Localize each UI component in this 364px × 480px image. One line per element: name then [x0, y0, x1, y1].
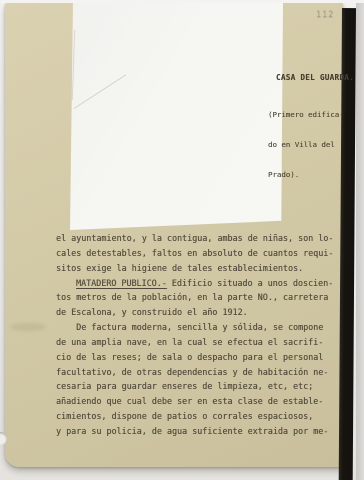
margin-note-line: Prado).: [268, 170, 344, 180]
text-line: el ayuntamiento, y la contigua, ambas de…: [56, 231, 348, 246]
text-line: de una amplia nave, en la cual se efectu…: [56, 335, 348, 350]
margin-note-body: (Primero edifica- do en Villa del Prado)…: [268, 90, 344, 200]
text-line: sitos exige la higiene de tales establec…: [56, 261, 348, 276]
margin-note-line: (Primero edifica-: [268, 110, 344, 120]
typewritten-body: el ayuntamiento, y la contigua, ambas de…: [56, 231, 348, 439]
text-line: cimientos, dispone de patios o corrales …: [56, 409, 348, 424]
text-line: añadiendo que cual debe ser en esta clas…: [56, 394, 348, 409]
text-line: cio de las reses; de sala o despacho par…: [56, 350, 348, 365]
section-heading-underlined: MATADERO PUBLICO.-: [76, 278, 167, 288]
ink-smudge: [10, 323, 46, 331]
scanned-document-page: 112 CASA DEL GUARDA. (Primero edifica- d…: [0, 0, 364, 480]
text-line: y para su policia, de agua suficiente ex…: [56, 424, 348, 439]
margin-note-title: CASA DEL GUARDA.: [276, 73, 354, 82]
section-heading-rest: Edificio situado a unos doscien-: [167, 278, 333, 288]
page-number: 112: [316, 10, 334, 20]
pasted-white-sheet: [70, 0, 283, 230]
margin-note-line: do en Villa del: [268, 140, 344, 150]
text-line: facultativo, de otras dependencias y de …: [56, 365, 348, 380]
scan-margin: [356, 0, 364, 480]
scan-top-edge: [0, 0, 364, 3]
text-line: cesaria para guardar enseres de limpieza…: [56, 379, 348, 394]
text-line-matadero-heading: MATADERO PUBLICO.- Edificio situado a un…: [56, 276, 348, 291]
text-line: cales detestables, faltos en absoluto de…: [56, 246, 348, 261]
text-line: de Escalona, y construido el año 1912.: [56, 305, 348, 320]
text-line: De factura moderna, sencilla y sólida, s…: [56, 320, 348, 335]
text-line: tos metros de la población, en la parte …: [56, 290, 348, 305]
